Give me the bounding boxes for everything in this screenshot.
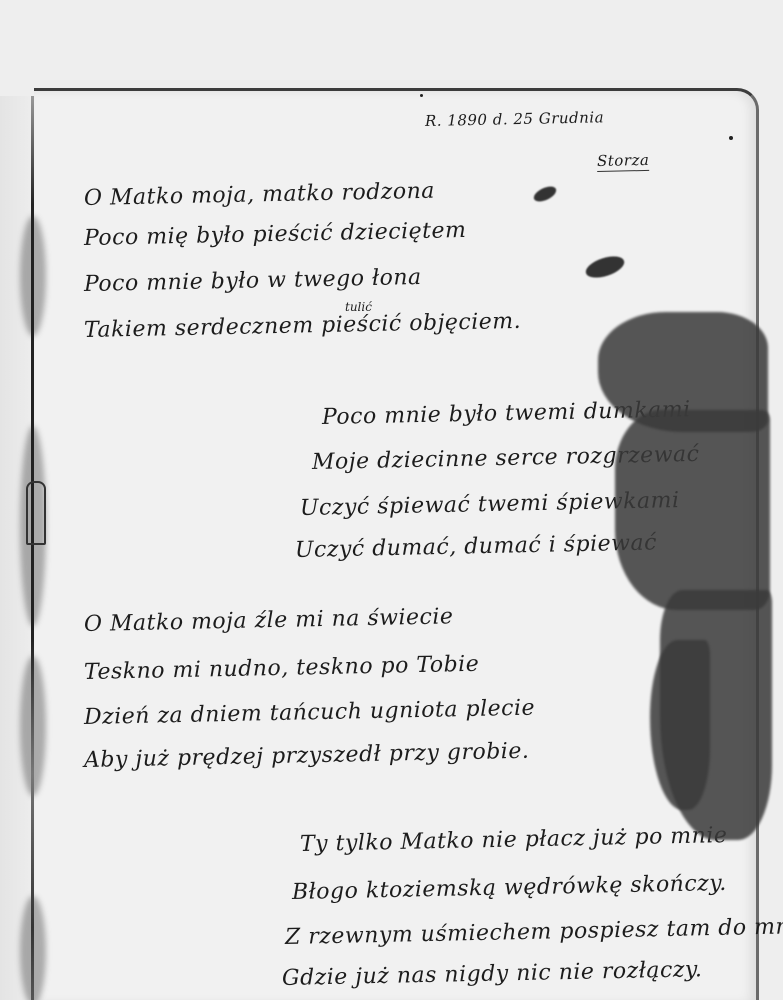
ink-stain bbox=[615, 410, 770, 610]
binding-thread-icon bbox=[26, 481, 46, 545]
spine-fold-line bbox=[31, 96, 34, 1000]
ink-speck bbox=[420, 94, 423, 97]
signature: Storza bbox=[597, 151, 650, 172]
ink-speck bbox=[729, 136, 733, 140]
book-spine bbox=[26, 96, 40, 1000]
date-line: R. 1890 d. 25 Grudnia bbox=[425, 108, 604, 130]
